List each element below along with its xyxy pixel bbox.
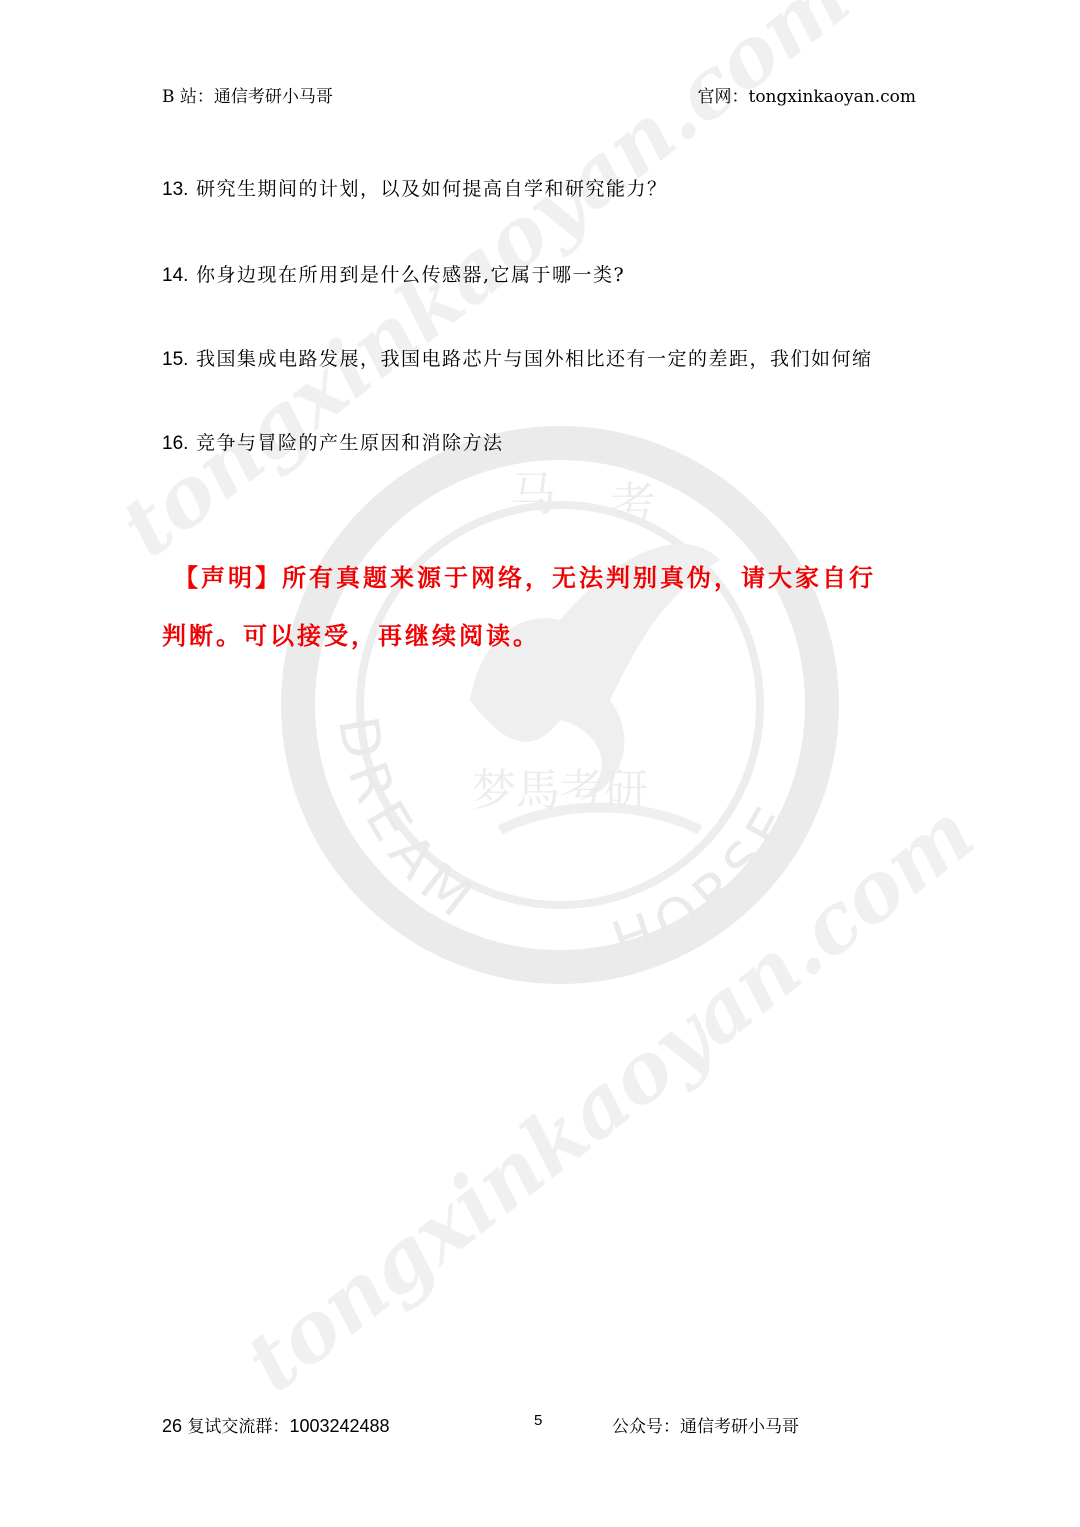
header-website: 官网：tongxinkaoyan.com [697, 82, 916, 107]
page-number: 5 [534, 1412, 542, 1429]
question-13: 13. 研究生期间的计划，以及如何提高自学和研究能力？ [162, 174, 667, 201]
watermark-layer: 梦馬考研 马 考 DREAM HORSE tongxinkaoyan.com t… [0, 0, 1080, 1527]
question-number: 14. [162, 265, 188, 286]
svg-text:DREAM: DREAM [326, 712, 492, 935]
question-text: 你身边现在所用到是什么传感器,它属于哪一类? [196, 264, 625, 286]
question-15: 15. 我国集成电路发展，我国电路芯片与国外相比还有一定的差距，我们如何缩 [162, 344, 872, 371]
question-number: 16. [162, 433, 188, 454]
question-14: 14. 你身边现在所用到是什么传感器,它属于哪一类? [162, 260, 625, 287]
page-footer: 26 复试交流群：1003242488 5 公众号：通信考研小马哥 [162, 1412, 922, 1440]
page-header: B 站：通信考研小马哥 官网：tongxinkaoyan.com [162, 80, 916, 108]
svg-text:梦馬考研: 梦馬考研 [472, 765, 648, 816]
declaration-line-1: 【声明】所有真题来源于网络，无法判别真伪，请大家自行 [162, 549, 922, 607]
question-text: 研究生期间的计划，以及如何提高自学和研究能力？ [196, 178, 668, 200]
svg-text:HORSE: HORSE [604, 789, 810, 974]
question-text: 我国集成电路发展，我国电路芯片与国外相比还有一定的差距，我们如何缩 [196, 348, 873, 370]
footer-group: 26 复试交流群：1003242488 [162, 1412, 390, 1437]
declaration-line-2: 判断。可以接受，再继续阅读。 [162, 607, 922, 665]
svg-text:马: 马 [510, 467, 556, 521]
header-bilibili: B 站：通信考研小马哥 [162, 82, 333, 107]
footer-group-number: 1003242488 [289, 1416, 389, 1436]
question-text: 竞争与冒险的产生原因和消除方法 [196, 432, 504, 454]
footer-wechat: 公众号：通信考研小马哥 [612, 1412, 799, 1437]
question-number: 15. [162, 349, 188, 370]
dream-horse-logo: 梦馬考研 马 考 DREAM HORSE [298, 443, 822, 973]
footer-group-label: 复试交流群： [187, 1417, 289, 1437]
declaration: 【声明】所有真题来源于网络，无法判别真伪，请大家自行 判断。可以接受，再继续阅读… [162, 549, 922, 665]
footer-group-prefix: 26 [162, 1416, 182, 1436]
question-number: 13. [162, 179, 188, 200]
question-16: 16. 竞争与冒险的产生原因和消除方法 [162, 428, 503, 455]
svg-text:考: 考 [610, 477, 656, 531]
watermark-text-bottom: tongxinkaoyan.com [228, 785, 992, 1411]
